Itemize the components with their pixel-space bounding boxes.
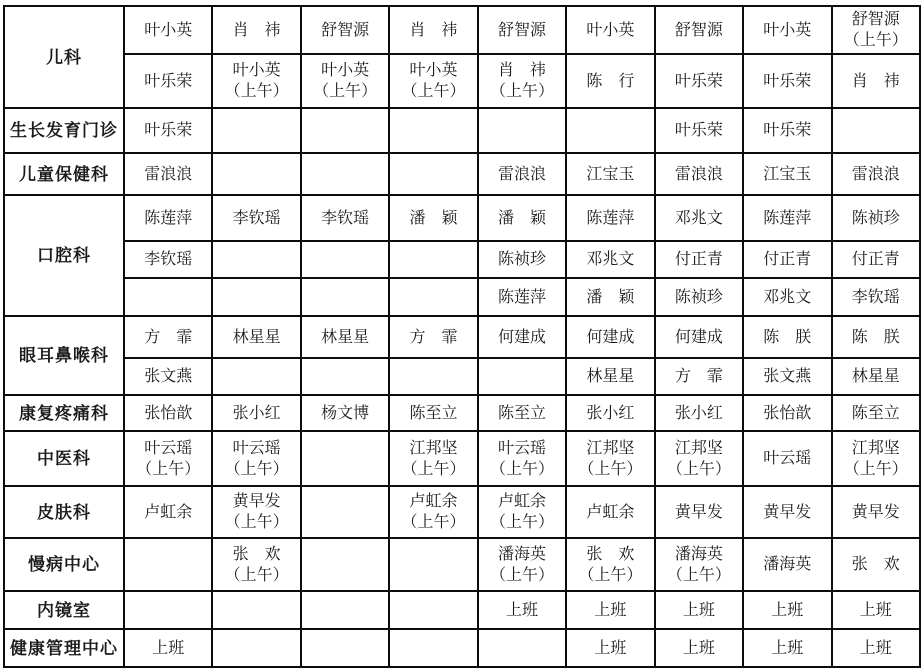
empty-cell	[389, 538, 477, 591]
schedule-cell: 李钦瑶	[832, 278, 921, 316]
schedule-cell: 江宝玉	[743, 153, 831, 195]
schedule-cell: 李钦瑶	[301, 195, 389, 241]
schedule-cell: 杨文博	[301, 395, 389, 431]
empty-cell	[212, 629, 300, 667]
schedule-cell: 张文燕	[124, 358, 212, 395]
table-row: 张文燕林星星方 霏张文燕林星星	[4, 358, 920, 395]
schedule-cell: 陈至立	[389, 395, 477, 431]
department-cell: 中医科	[4, 431, 124, 486]
schedule-cell: 付正青	[655, 241, 743, 278]
schedule-cell: 肖 祎	[212, 6, 300, 54]
empty-cell	[478, 358, 566, 395]
schedule-cell: 叶乐荣	[124, 108, 212, 153]
schedule-cell: 舒智源	[655, 6, 743, 54]
schedule-cell: 何建成	[566, 316, 654, 358]
schedule-cell: 张 欢 （上午）	[212, 538, 300, 591]
table-row: 叶乐荣叶小英 （上午）叶小英 （上午）叶小英 （上午）肖 祎 （上午）陈 行叶乐…	[4, 54, 920, 108]
empty-cell	[301, 241, 389, 278]
empty-cell	[212, 278, 300, 316]
schedule-cell: 张怡歆	[743, 395, 831, 431]
department-cell: 康复疼痛科	[4, 395, 124, 431]
schedule-cell: 付正青	[743, 241, 831, 278]
schedule-cell: 叶小英	[743, 6, 831, 54]
empty-cell	[832, 108, 921, 153]
schedule-cell: 雷浪浪	[478, 153, 566, 195]
empty-cell	[124, 591, 212, 629]
empty-cell	[301, 358, 389, 395]
schedule-cell: 上班	[743, 591, 831, 629]
schedule-cell: 邓兆文	[566, 241, 654, 278]
schedule-cell: 舒智源	[478, 6, 566, 54]
schedule-page: 儿科叶小英肖 祎舒智源肖 祎舒智源叶小英舒智源叶小英舒智源 （上午）叶乐荣叶小英…	[0, 0, 924, 671]
schedule-cell: 雷浪浪	[655, 153, 743, 195]
empty-cell	[478, 629, 566, 667]
schedule-cell: 陈莲萍	[124, 195, 212, 241]
empty-cell	[301, 431, 389, 486]
department-cell: 儿童保健科	[4, 153, 124, 195]
table-row: 眼耳鼻喉科方 霏林星星林星星方 霏何建成何建成何建成陈 朕陈 朕	[4, 316, 920, 358]
schedule-cell: 上班	[743, 629, 831, 667]
schedule-cell: 叶云瑶 （上午）	[478, 431, 566, 486]
schedule-cell: 卢虹余	[566, 486, 654, 538]
schedule-cell: 江邦坚 （上午）	[832, 431, 921, 486]
table-row: 皮肤科卢虹余黄早发 （上午）卢虹余 （上午）卢虹余 （上午）卢虹余黄早发黄早发黄…	[4, 486, 920, 538]
empty-cell	[389, 108, 477, 153]
schedule-cell: 陈 行	[566, 54, 654, 108]
schedule-cell: 林星星	[832, 358, 921, 395]
schedule-cell: 上班	[655, 591, 743, 629]
schedule-cell: 方 霏	[655, 358, 743, 395]
schedule-cell: 张文燕	[743, 358, 831, 395]
schedule-cell: 潘 颖	[566, 278, 654, 316]
schedule-cell: 邓兆文	[655, 195, 743, 241]
schedule-cell: 陈祯珍	[655, 278, 743, 316]
table-row: 口腔科陈莲萍李钦瑶李钦瑶潘 颖潘 颖陈莲萍邓兆文陈莲萍陈祯珍	[4, 195, 920, 241]
schedule-cell: 潘 颖	[389, 195, 477, 241]
schedule-cell: 上班	[124, 629, 212, 667]
empty-cell	[301, 486, 389, 538]
schedule-cell: 上班	[655, 629, 743, 667]
empty-cell	[212, 153, 300, 195]
department-cell: 眼耳鼻喉科	[4, 316, 124, 395]
schedule-cell: 张小红	[212, 395, 300, 431]
table-row: 陈莲萍潘 颖陈祯珍邓兆文李钦瑶	[4, 278, 920, 316]
empty-cell	[566, 108, 654, 153]
schedule-cell: 江邦坚 （上午）	[389, 431, 477, 486]
schedule-cell: 何建成	[655, 316, 743, 358]
schedule-cell: 舒智源 （上午）	[832, 6, 921, 54]
schedule-cell: 黄早发	[743, 486, 831, 538]
department-cell: 内镜室	[4, 591, 124, 629]
empty-cell	[389, 591, 477, 629]
department-cell: 口腔科	[4, 195, 124, 316]
schedule-cell: 林星星	[301, 316, 389, 358]
schedule-cell: 上班	[832, 629, 921, 667]
schedule-cell: 张小红	[566, 395, 654, 431]
schedule-cell: 叶乐荣	[124, 54, 212, 108]
schedule-cell: 叶乐荣	[743, 54, 831, 108]
schedule-cell: 邓兆文	[743, 278, 831, 316]
schedule-cell: 黄早发 （上午）	[212, 486, 300, 538]
empty-cell	[389, 278, 477, 316]
schedule-cell: 雷浪浪	[124, 153, 212, 195]
schedule-cell: 张 欢 （上午）	[566, 538, 654, 591]
table-row: 李钦瑶陈祯珍邓兆文付正青付正青付正青	[4, 241, 920, 278]
schedule-cell: 肖 祎	[832, 54, 921, 108]
empty-cell	[212, 108, 300, 153]
table-row: 内镜室上班上班上班上班上班	[4, 591, 920, 629]
table-row: 中医科叶云瑶 （上午）叶云瑶 （上午）江邦坚 （上午）叶云瑶 （上午）江邦坚 （…	[4, 431, 920, 486]
schedule-cell: 陈祯珍	[478, 241, 566, 278]
empty-cell	[389, 241, 477, 278]
empty-cell	[301, 591, 389, 629]
schedule-cell: 林星星	[566, 358, 654, 395]
schedule-cell: 叶小英	[566, 6, 654, 54]
table-row: 康复疼痛科张怡歆张小红杨文博陈至立陈至立张小红张小红张怡歆陈至立	[4, 395, 920, 431]
schedule-cell: 上班	[566, 629, 654, 667]
empty-cell	[478, 108, 566, 153]
empty-cell	[124, 278, 212, 316]
schedule-cell: 叶乐荣	[655, 54, 743, 108]
department-cell: 健康管理中心	[4, 629, 124, 667]
schedule-cell: 付正青	[832, 241, 921, 278]
schedule-cell: 肖 祎	[389, 6, 477, 54]
schedule-cell: 叶云瑶	[743, 431, 831, 486]
empty-cell	[212, 358, 300, 395]
schedule-cell: 陈至立	[478, 395, 566, 431]
schedule-cell: 张怡歆	[124, 395, 212, 431]
schedule-cell: 江邦坚 （上午）	[655, 431, 743, 486]
schedule-cell: 黄早发	[832, 486, 921, 538]
empty-cell	[389, 153, 477, 195]
schedule-cell: 卢虹余	[124, 486, 212, 538]
schedule-cell: 陈 朕	[743, 316, 831, 358]
schedule-cell: 张 欢	[832, 538, 921, 591]
schedule-cell: 卢虹余 （上午）	[478, 486, 566, 538]
empty-cell	[301, 153, 389, 195]
schedule-cell: 雷浪浪	[832, 153, 921, 195]
department-cell: 慢病中心	[4, 538, 124, 591]
schedule-cell: 叶乐荣	[655, 108, 743, 153]
schedule-cell: 叶小英 （上午）	[389, 54, 477, 108]
schedule-cell: 上班	[832, 591, 921, 629]
table-row: 慢病中心张 欢 （上午）潘海英 （上午）张 欢 （上午）潘海英 （上午）潘海英张…	[4, 538, 920, 591]
table-row: 生长发育门诊叶乐荣叶乐荣叶乐荣	[4, 108, 920, 153]
schedule-cell: 李钦瑶	[212, 195, 300, 241]
schedule-cell: 何建成	[478, 316, 566, 358]
schedule-cell: 叶云瑶 （上午）	[212, 431, 300, 486]
schedule-cell: 陈莲萍	[478, 278, 566, 316]
empty-cell	[389, 358, 477, 395]
table-row: 健康管理中心上班上班上班上班上班	[4, 629, 920, 667]
table-row: 儿童保健科雷浪浪雷浪浪江宝玉雷浪浪江宝玉雷浪浪	[4, 153, 920, 195]
schedule-cell: 上班	[566, 591, 654, 629]
schedule-cell: 黄早发	[655, 486, 743, 538]
schedule-table-body: 儿科叶小英肖 祎舒智源肖 祎舒智源叶小英舒智源叶小英舒智源 （上午）叶乐荣叶小英…	[4, 6, 920, 667]
schedule-cell: 潘海英	[743, 538, 831, 591]
schedule-cell: 陈 朕	[832, 316, 921, 358]
schedule-cell: 张小红	[655, 395, 743, 431]
schedule-cell: 上班	[478, 591, 566, 629]
schedule-cell: 肖 祎 （上午）	[478, 54, 566, 108]
table-row: 儿科叶小英肖 祎舒智源肖 祎舒智源叶小英舒智源叶小英舒智源 （上午）	[4, 6, 920, 54]
schedule-cell: 叶小英 （上午）	[301, 54, 389, 108]
schedule-cell: 舒智源	[301, 6, 389, 54]
schedule-cell: 叶乐荣	[743, 108, 831, 153]
schedule-cell: 陈莲萍	[743, 195, 831, 241]
department-cell: 皮肤科	[4, 486, 124, 538]
department-cell: 儿科	[4, 6, 124, 108]
empty-cell	[301, 278, 389, 316]
schedule-cell: 叶云瑶 （上午）	[124, 431, 212, 486]
empty-cell	[389, 629, 477, 667]
schedule-cell: 江宝玉	[566, 153, 654, 195]
schedule-cell: 潘海英 （上午）	[655, 538, 743, 591]
schedule-cell: 潘 颖	[478, 195, 566, 241]
empty-cell	[301, 538, 389, 591]
schedule-cell: 江邦坚 （上午）	[566, 431, 654, 486]
schedule-cell: 方 霏	[124, 316, 212, 358]
empty-cell	[301, 108, 389, 153]
empty-cell	[212, 241, 300, 278]
schedule-table: 儿科叶小英肖 祎舒智源肖 祎舒智源叶小英舒智源叶小英舒智源 （上午）叶乐荣叶小英…	[3, 5, 921, 668]
schedule-cell: 卢虹余 （上午）	[389, 486, 477, 538]
schedule-cell: 方 霏	[389, 316, 477, 358]
schedule-cell: 潘海英 （上午）	[478, 538, 566, 591]
schedule-cell: 林星星	[212, 316, 300, 358]
schedule-cell: 陈莲萍	[566, 195, 654, 241]
empty-cell	[124, 538, 212, 591]
schedule-cell: 李钦瑶	[124, 241, 212, 278]
schedule-cell: 叶小英 （上午）	[212, 54, 300, 108]
empty-cell	[212, 591, 300, 629]
schedule-cell: 陈至立	[832, 395, 921, 431]
department-cell: 生长发育门诊	[4, 108, 124, 153]
schedule-cell: 叶小英	[124, 6, 212, 54]
schedule-cell: 陈祯珍	[832, 195, 921, 241]
empty-cell	[301, 629, 389, 667]
